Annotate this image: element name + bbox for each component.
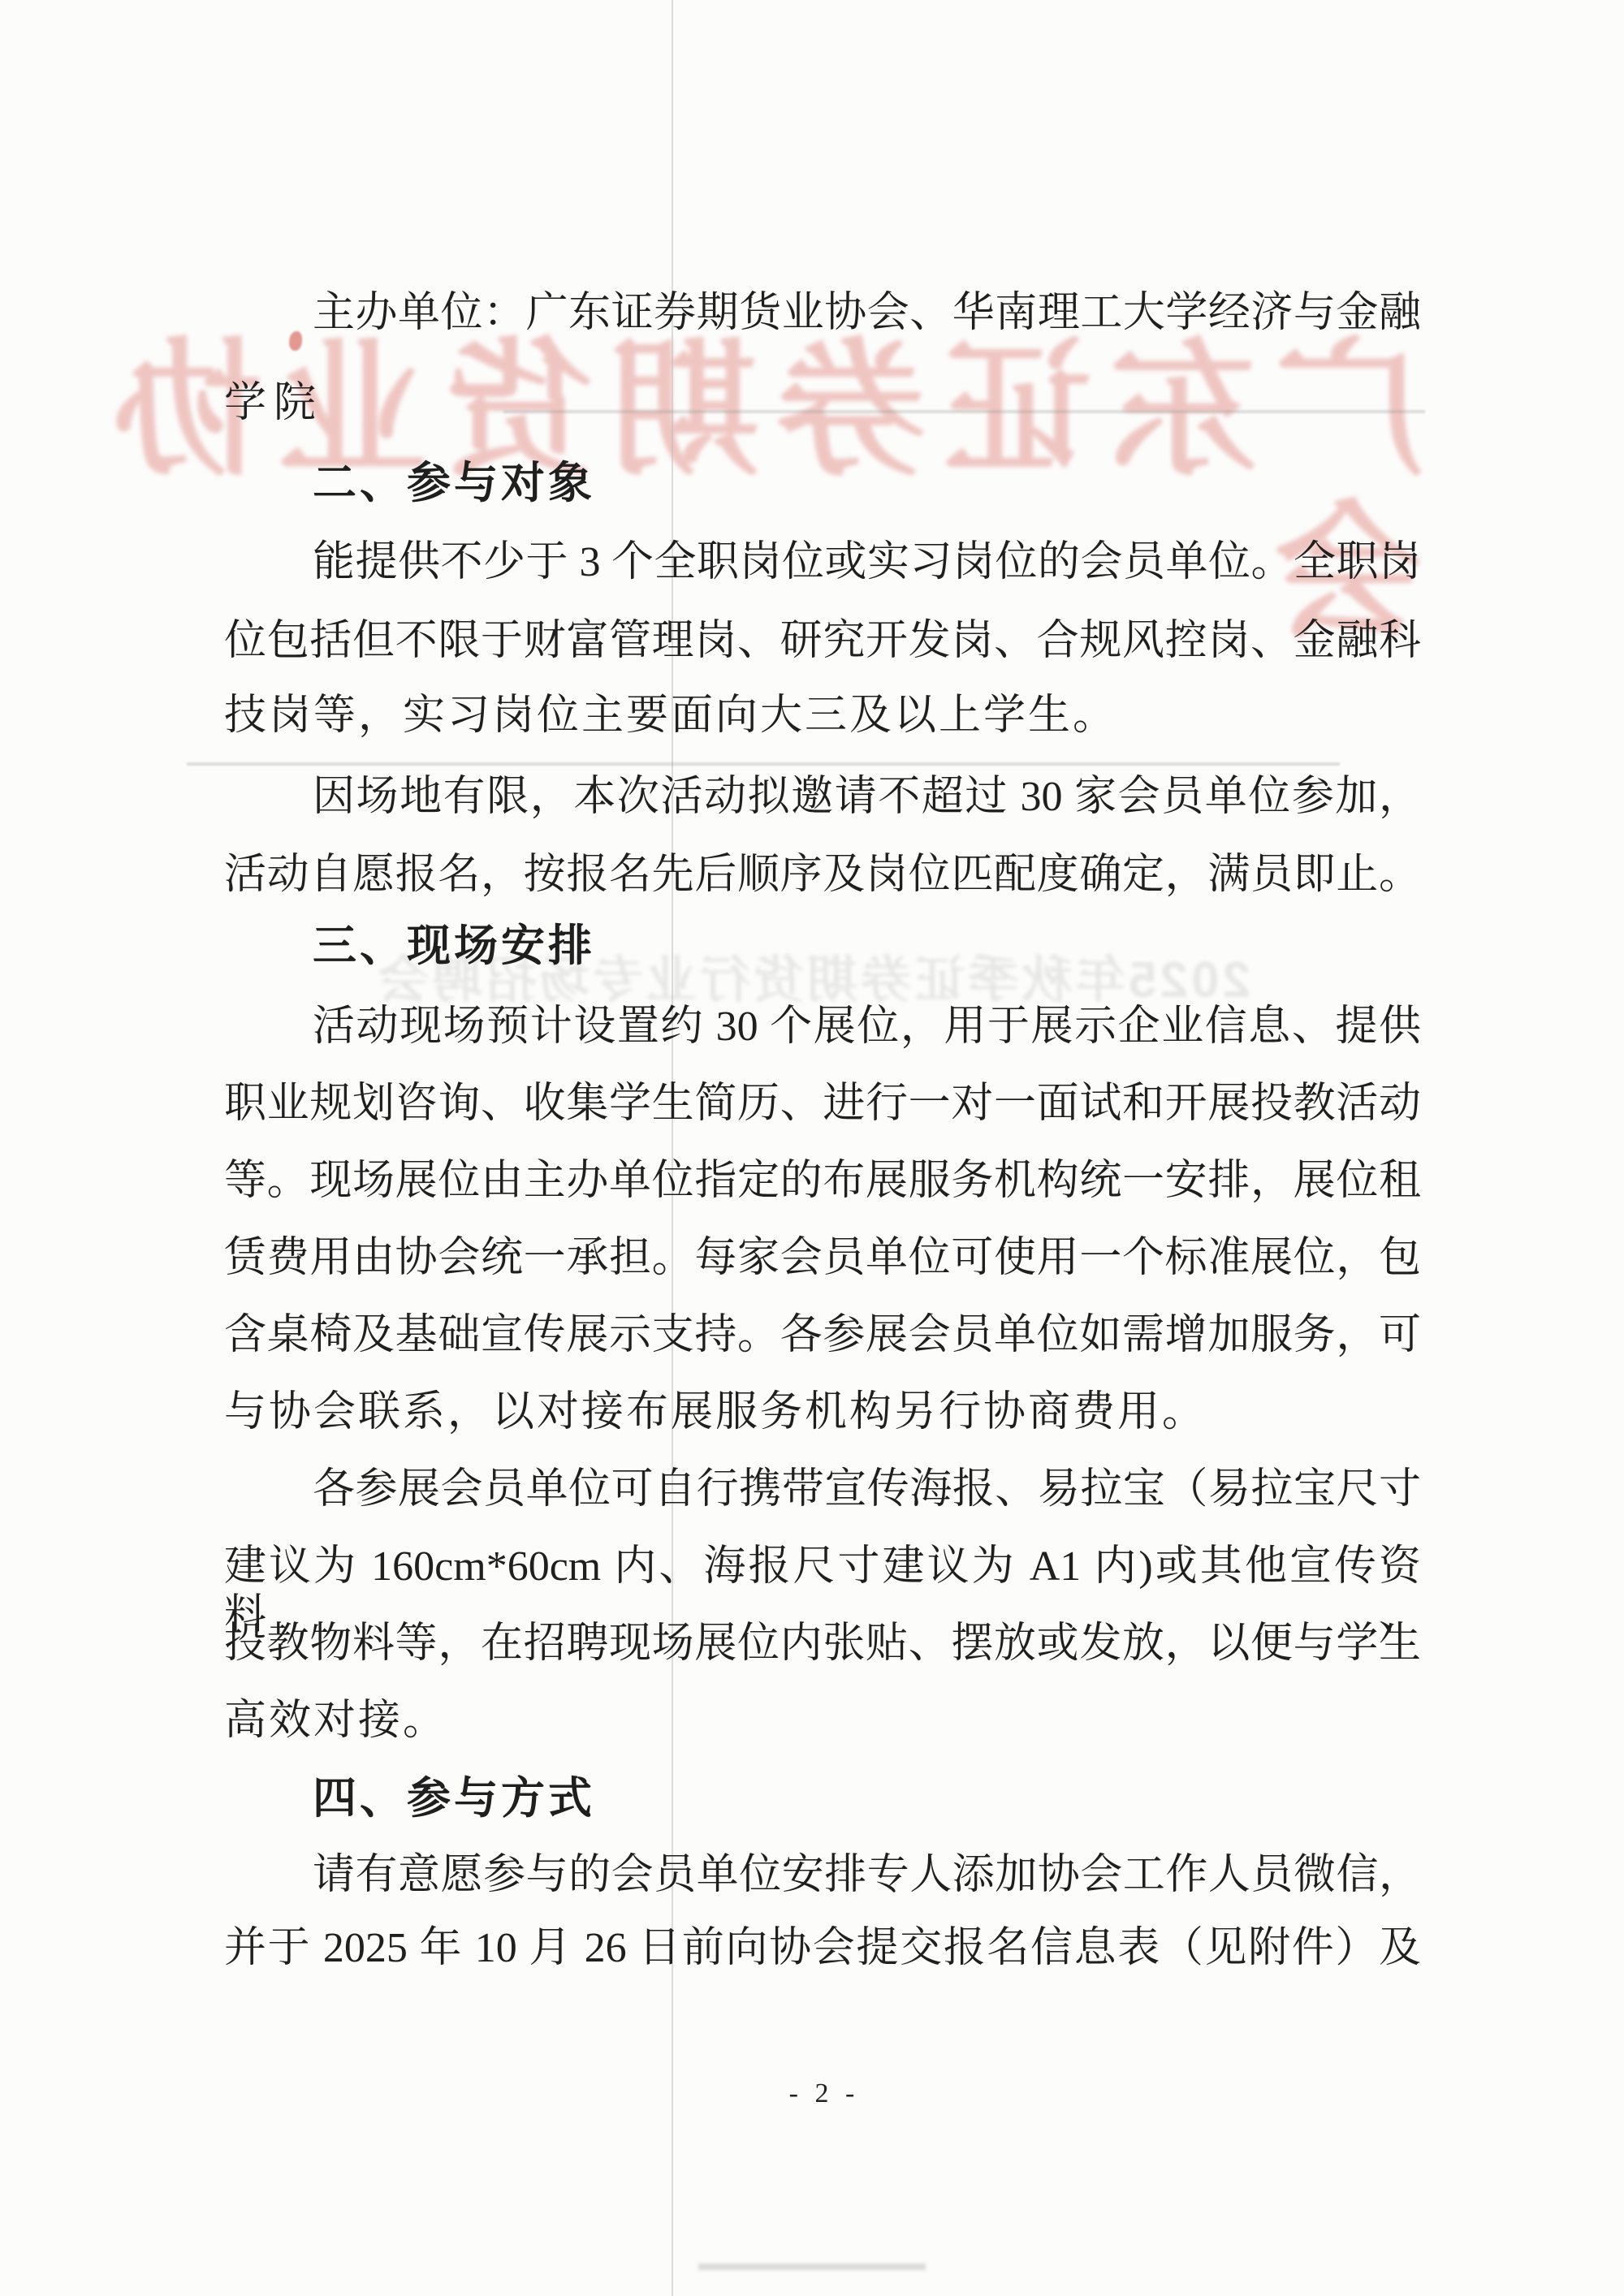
text-line: 建议为 160cm*60cm 内、海报尺寸建议为 A1 内)或其他宣传资料、 bbox=[224, 1543, 1421, 1591]
document-page: 广东证券期货业协会 2025年秋季证券期货行业专场招聘会 主办单位：广东证券期货… bbox=[0, 0, 1624, 2296]
text-line: 高效对接。 bbox=[224, 1697, 1421, 1746]
text-line: 并于 2025 年 10 月 26 日前向协会提交报名信息表（见附件）及 bbox=[224, 1924, 1421, 1973]
text-line: 活动现场预计设置约 30 个展位，用于展示企业信息、提供 bbox=[313, 1003, 1421, 1051]
text-line: 活动自愿报名，按报名先后顺序及岗位匹配度确定，满员即止。 bbox=[224, 851, 1421, 900]
text-line: 能提供不少于 3 个全职岗位或实习岗位的会员单位。全职岗 bbox=[313, 538, 1421, 587]
text-line: 赁费用由协会统一承担。每家会员单位可使用一个标准展位，包 bbox=[224, 1234, 1421, 1283]
text-line: 主办单位：广东证券期货业协会、华南理工大学经济与金融 bbox=[313, 289, 1421, 338]
text-line: 职业规划咨询、收集学生简历、进行一对一面试和开展投教活动 bbox=[224, 1080, 1421, 1129]
text-line: 请有意愿参与的会员单位安排专人添加协会工作人员微信， bbox=[313, 1851, 1421, 1900]
section-heading: 四、参与方式 bbox=[313, 1774, 1421, 1823]
text-line: 与协会联系，以对接布展服务机构另行协商费用。 bbox=[224, 1388, 1421, 1437]
text-line: 等。现场展位由主办单位指定的布展服务机构统一安排，展位租 bbox=[224, 1157, 1421, 1206]
scan-streak bbox=[187, 762, 1340, 766]
section-heading: 三、现场安排 bbox=[313, 921, 1421, 970]
text-line: 含桌椅及基础宣传展示支持。各参展会员单位如需增加服务，可 bbox=[224, 1311, 1421, 1360]
text-line: 位包括但不限于财富管理岗、研究开发岗、合规风控岗、金融科 bbox=[224, 617, 1421, 666]
page-number: - 2 - bbox=[12, 2078, 1624, 2114]
text-line: 技岗等，实习岗位主要面向大三及以上学生。 bbox=[224, 692, 1421, 740]
section-heading: 二、参与对象 bbox=[313, 459, 1421, 507]
text-line: 投教物料等，在招聘现场展位内张贴、摆放或发放，以便与学生 bbox=[224, 1620, 1421, 1668]
text-line: 各参展会员单位可自行携带宣传海报、易拉宝（易拉宝尺寸 bbox=[313, 1465, 1421, 1514]
scan-streak bbox=[698, 2264, 926, 2270]
red-ink-speck bbox=[289, 331, 302, 351]
text-line: 因场地有限，本次活动拟邀请不超过 30 家会员单位参加， bbox=[313, 773, 1421, 822]
text-line: 学院 bbox=[224, 379, 1421, 428]
